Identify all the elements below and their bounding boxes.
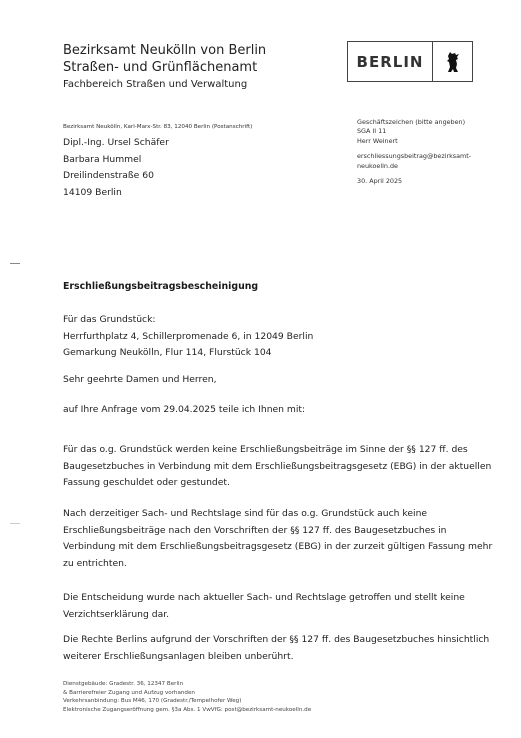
paragraph-line: Erschließungsbeiträge nach den Vorschrif… — [63, 523, 492, 540]
paragraph-line: Baugesetzbuches in Verbindung mit dem Er… — [63, 459, 491, 476]
letter-date: 30. April 2025 — [357, 177, 471, 186]
contact-person: Herr Weinert — [357, 137, 471, 146]
footer-line: Verkehrsanbindung: Bus M46, 170 (Gradest… — [63, 697, 311, 706]
salutation: Sehr geehrte Damen und Herren, — [63, 372, 217, 389]
recipient-line: Dreilindenstraße 60 — [63, 168, 169, 185]
paragraph-line: Verzichtserklärung dar. — [63, 607, 465, 624]
berlin-logo: BERLIN — [347, 41, 473, 82]
paragraph-line: Die Entscheidung wurde nach aktueller Sa… — [63, 590, 465, 607]
sender-return-address: Bezirksamt Neukölln, Karl-Marx-Str. 83, … — [63, 124, 252, 130]
footer-line: Dienstgebäude: Gradestr. 36, 12347 Berli… — [63, 680, 311, 689]
paragraph: Die Rechte Berlins aufgrund der Vorschri… — [63, 632, 489, 665]
letterhead: Bezirksamt Neukölln von Berlin Straßen- … — [63, 42, 266, 93]
paragraph: Nach derzeitiger Sach- und Rechtslage si… — [63, 506, 492, 573]
property-parcel: Gemarkung Neukölln, Flur 114, Flurstück … — [63, 345, 313, 362]
recipient-line: Dipl.-Ing. Ursel Schäfer — [63, 135, 169, 152]
fold-mark — [10, 263, 20, 264]
paragraph: Für das o.g. Grundstück werden keine Ers… — [63, 442, 491, 492]
paragraph-line: Nach derzeitiger Sach- und Rechtslage si… — [63, 506, 492, 523]
paragraph: Die Entscheidung wurde nach aktueller Sa… — [63, 590, 465, 623]
footer: Dienstgebäude: Gradestr. 36, 12347 Berli… — [63, 680, 311, 714]
document-title: Erschließungsbeitragsbescheinigung — [63, 281, 258, 292]
intro-text: auf Ihre Anfrage vom 29.04.2025 teile ic… — [63, 402, 305, 419]
paragraph-line: Die Rechte Berlins aufgrund der Vorschri… — [63, 632, 489, 649]
property-address: Herrfurthplatz 4, Schillerpromenade 6, i… — [63, 329, 313, 346]
fold-mark — [10, 523, 20, 524]
email-line: erschliessungsbeitrag@bezirksamt- — [357, 152, 471, 161]
paragraph-line: Verbindung mit dem Erschließungsbeitrags… — [63, 539, 492, 556]
reference-label: Geschäftszeichen (bitte angeben) — [357, 118, 471, 127]
paragraph-line: Für das o.g. Grundstück werden keine Ers… — [63, 442, 491, 459]
email-line: neukoelln.de — [357, 162, 471, 171]
property-label: Für das Grundstück: — [63, 312, 313, 329]
logo-text: BERLIN — [348, 42, 433, 81]
letterhead-office: Straßen- und Grünflächenamt — [63, 59, 266, 76]
recipient-line: 14109 Berlin — [63, 185, 169, 202]
letterhead-department: Fachbereich Straßen und Verwaltung — [63, 76, 266, 93]
recipient-line: Barbara Hummel — [63, 152, 169, 169]
footer-line: Elektronische Zugangseröffnung gem. §3a … — [63, 706, 311, 715]
property-block: Für das Grundstück: Herrfurthplatz 4, Sc… — [63, 312, 313, 362]
berlin-bear-icon — [433, 42, 472, 81]
paragraph-line: Fassung geschuldet oder gestundet. — [63, 475, 491, 492]
reference-value: SGA II 11 — [357, 127, 471, 136]
paragraph-line: zu entrichten. — [63, 556, 492, 573]
footer-line: & Barrierefreier Zugang und Aufzug vorha… — [63, 689, 311, 698]
reference-block: Geschäftszeichen (bitte angeben) SGA II … — [357, 118, 471, 186]
paragraph-line: weiterer Erschließungsanlagen bleiben un… — [63, 649, 489, 666]
recipient-address: Dipl.-Ing. Ursel Schäfer Barbara Hummel … — [63, 135, 169, 201]
letterhead-authority: Bezirksamt Neukölln von Berlin — [63, 42, 266, 59]
